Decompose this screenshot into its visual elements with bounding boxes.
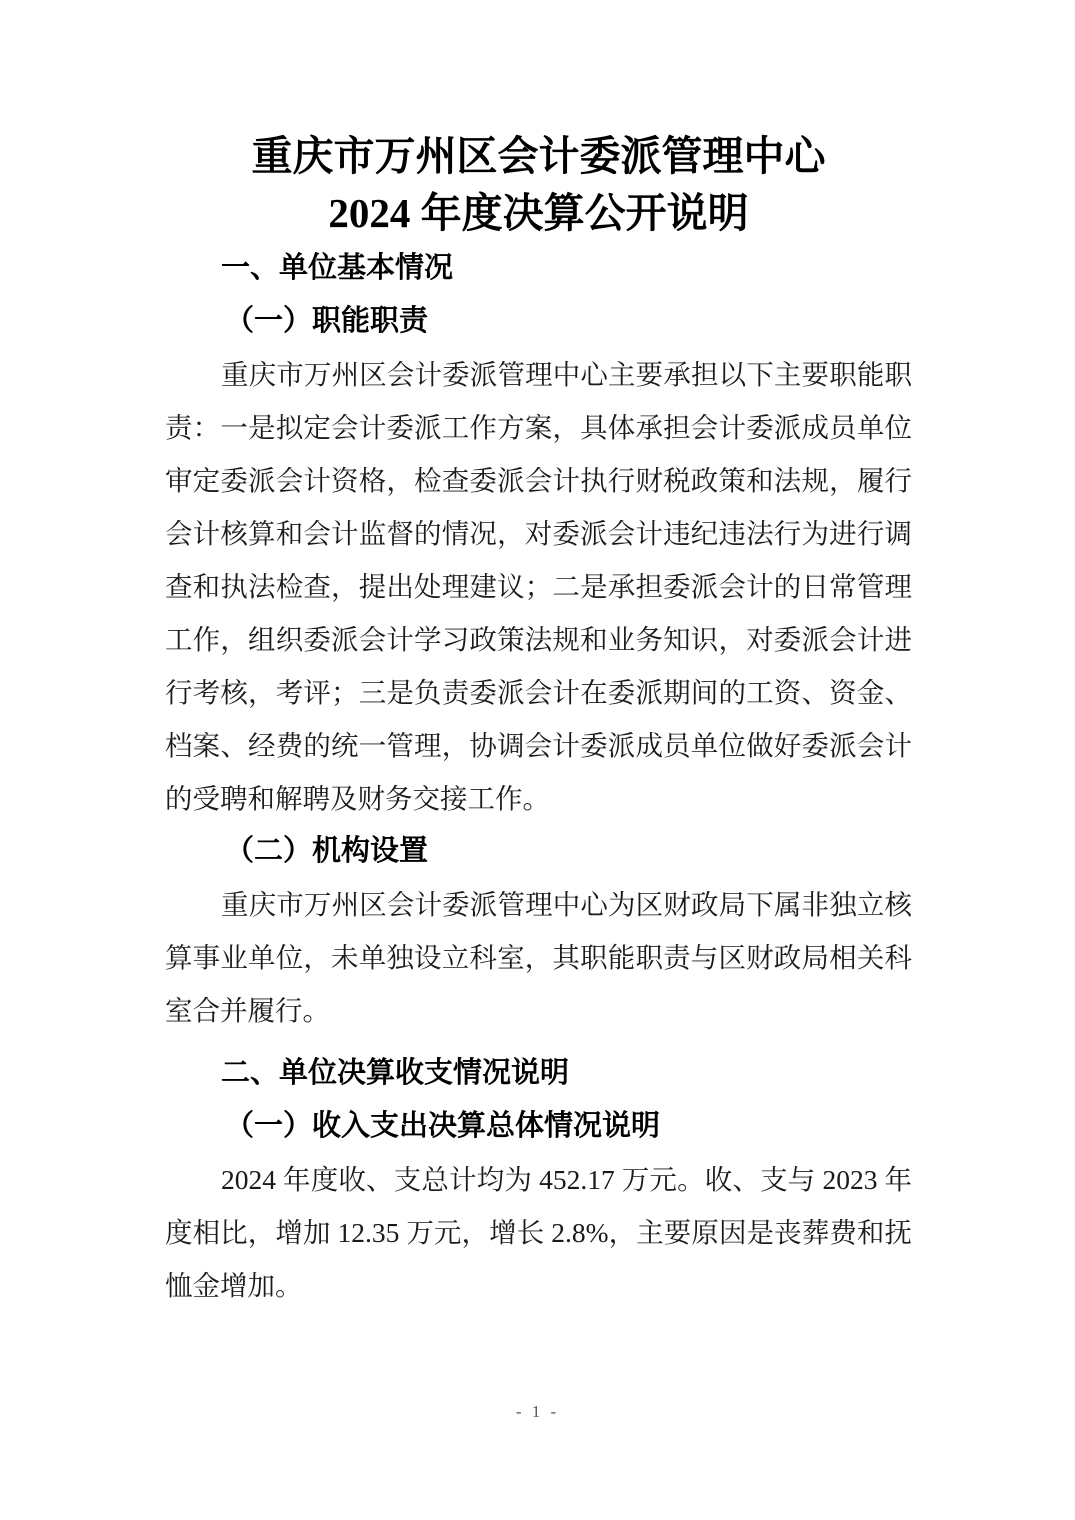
page-footer: - 1 -: [0, 1402, 1075, 1422]
sub-heading-organization: （二）机构设置: [165, 825, 912, 878]
paragraph-organization: 重庆市万州区会计委派管理中心为区财政局下属非独立核算事业单位，未单独设立科室，其…: [165, 878, 912, 1037]
sub-heading-income-expense-overview: （一）收入支出决算总体情况说明: [165, 1100, 912, 1153]
page-number: - 1 -: [516, 1402, 559, 1421]
document-content: 重庆市万州区会计委派管理中心 2024 年度决算公开说明 一、单位基本情况 （一…: [165, 0, 912, 1312]
sub-heading-duties: （一）职能职责: [165, 295, 912, 348]
section-heading-basic-info: 一、单位基本情况: [165, 242, 912, 295]
document-page: 重庆市万州区会计委派管理中心 2024 年度决算公开说明 一、单位基本情况 （一…: [0, 0, 1075, 1520]
section-heading-budget-summary: 二、单位决算收支情况说明: [165, 1047, 912, 1100]
title-line-2: 2024 年度决算公开说明: [165, 185, 912, 242]
paragraph-income-expense-totals: 2024 年度收、支总计均为 452.17 万元。收、支与 2023 年度相比，…: [165, 1153, 912, 1312]
document-title: 重庆市万州区会计委派管理中心 2024 年度决算公开说明: [165, 128, 912, 242]
title-line-1: 重庆市万州区会计委派管理中心: [165, 128, 912, 185]
paragraph-duties: 重庆市万州区会计委派管理中心主要承担以下主要职能职责：一是拟定会计委派工作方案，…: [165, 348, 912, 825]
